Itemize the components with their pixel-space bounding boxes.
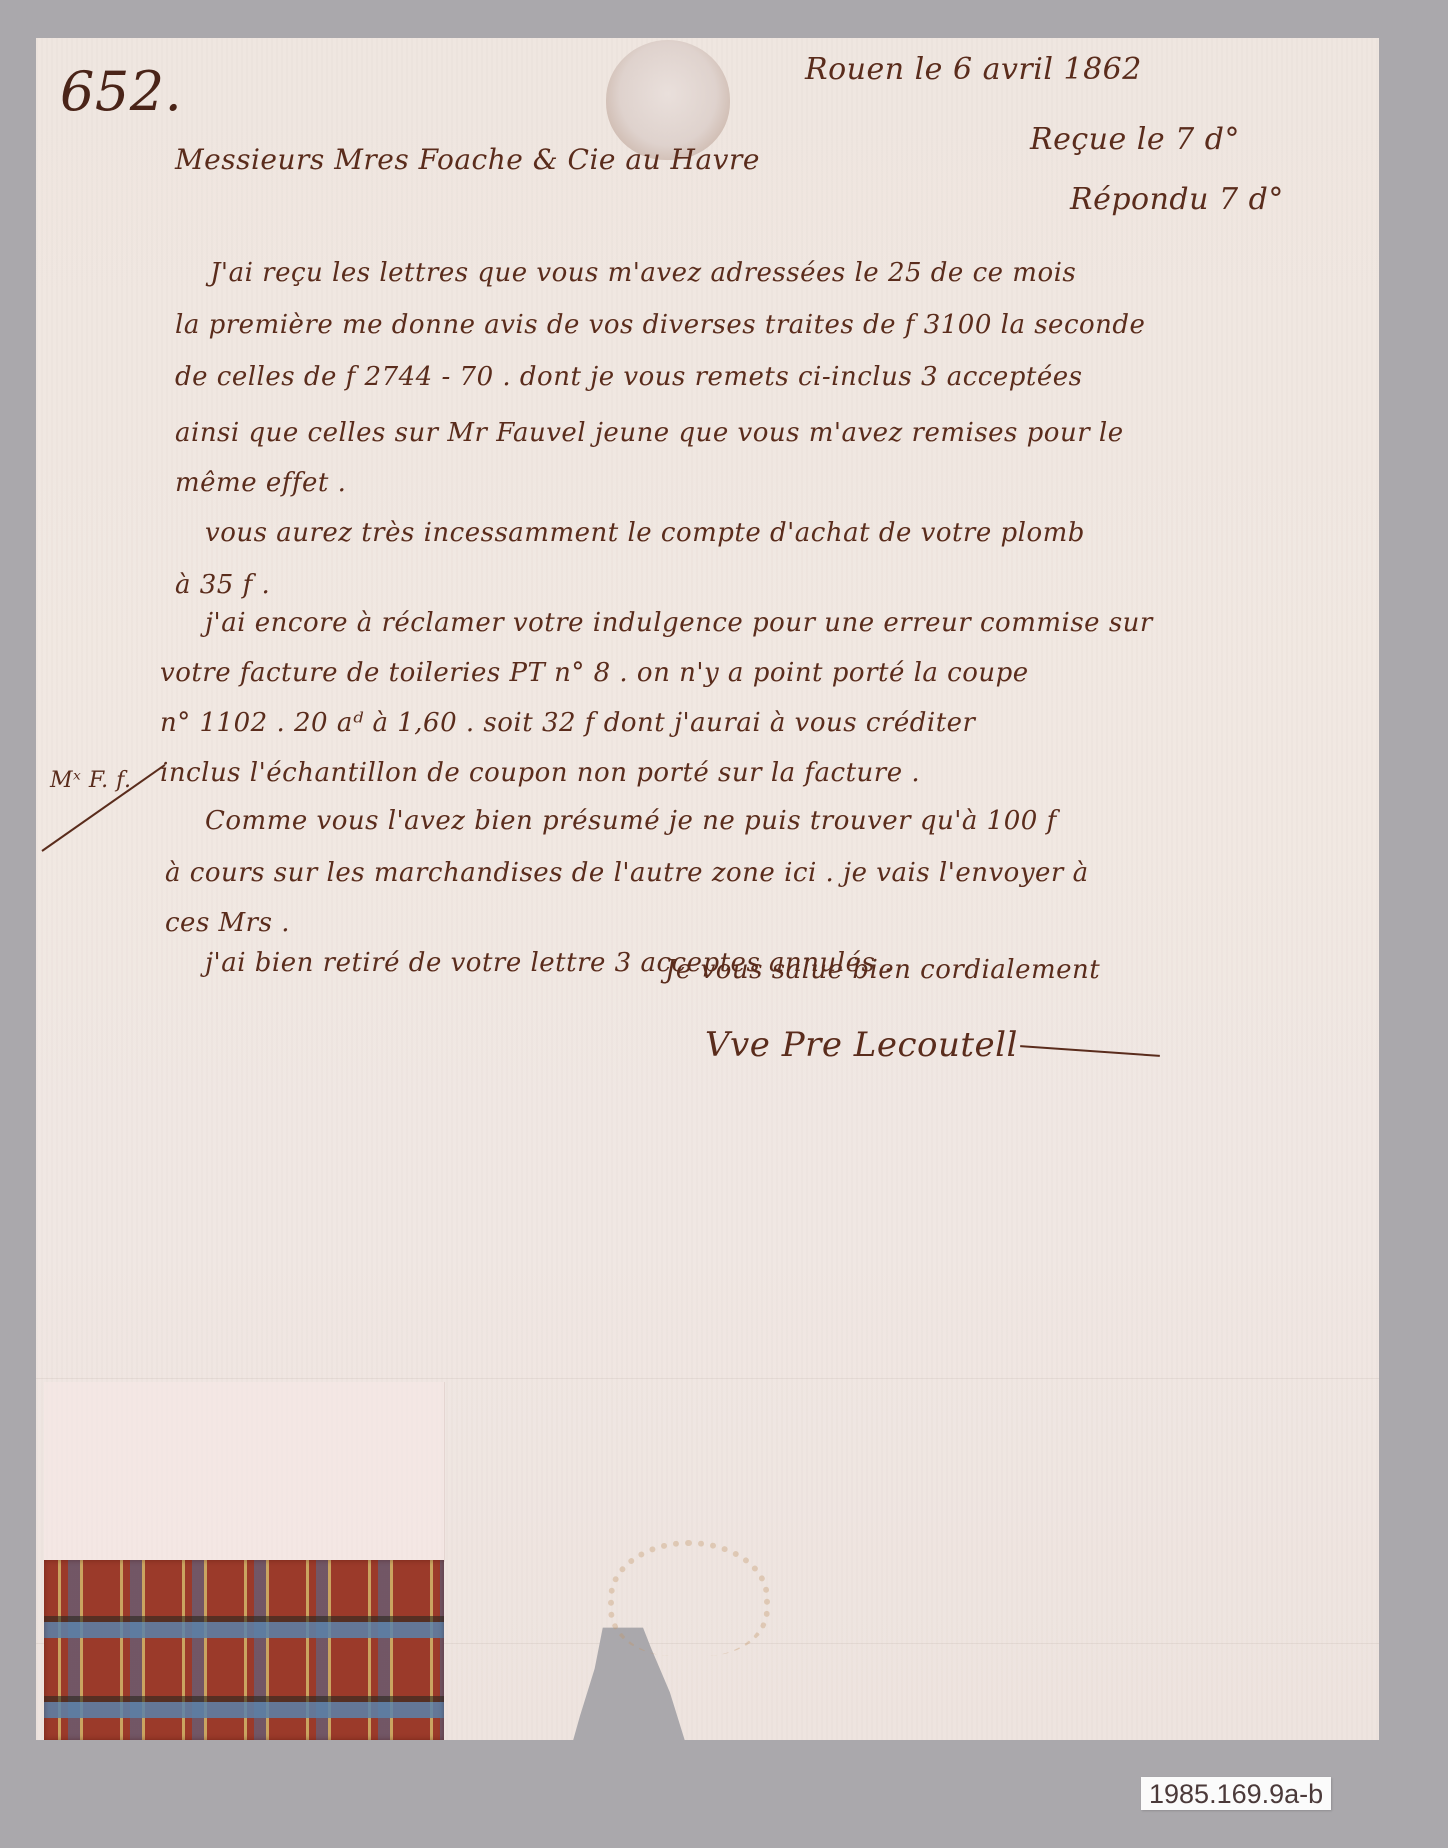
accession-label: 1985.169.9a-b: [1141, 1777, 1331, 1810]
fabric-swatch: [44, 1560, 444, 1740]
body-line: vous aurez très incessamment le compte d…: [205, 518, 1085, 548]
body-line: inclus l'échantillon de coupon non porté…: [160, 758, 920, 788]
body-line: Comme vous l'avez bien présumé je ne pui…: [205, 806, 1057, 836]
signature: Vve Pre Lecoutell: [705, 1025, 1018, 1065]
body-line: ces Mrs .: [165, 908, 290, 938]
margin-note: Mˣ F. f.: [50, 768, 132, 793]
folio-number: 652.: [60, 60, 182, 123]
swatch-backing-paper: [44, 1382, 445, 1562]
body-line: à 35 f .: [175, 570, 270, 600]
replied-note: Répondu 7 d°: [1070, 182, 1284, 217]
body-line: même effet .: [175, 468, 346, 498]
closing: Je vous salue bien cordialement: [665, 955, 1100, 985]
place-date: Rouen le 6 avril 1862: [805, 52, 1142, 87]
wax-seal-remnant: [606, 40, 730, 160]
body-line: n° 1102 . 20 aᵈ à 1,60 . soit 32 f dont …: [160, 708, 975, 738]
seal-stain: [608, 1540, 770, 1656]
received-note: Reçue le 7 d°: [1030, 122, 1240, 157]
body-line: j'ai encore à réclamer votre indulgence …: [205, 608, 1153, 638]
fold-crease: [36, 1378, 1379, 1379]
body-line: J'ai reçu les lettres que vous m'avez ad…: [210, 258, 1076, 288]
addressee: Messieurs Mres Foache & Cie au Havre: [175, 143, 760, 176]
body-line: ainsi que celles sur Mr Fauvel jeune que…: [175, 418, 1124, 448]
body-line: la première me donne avis de vos diverse…: [175, 310, 1145, 340]
body-line: à cours sur les marchandises de l'autre …: [165, 858, 1089, 888]
body-line: de celles de f 2744 - 70 . dont je vous …: [175, 362, 1082, 392]
body-line: votre facture de toileries PT n° 8 . on …: [160, 658, 1029, 688]
